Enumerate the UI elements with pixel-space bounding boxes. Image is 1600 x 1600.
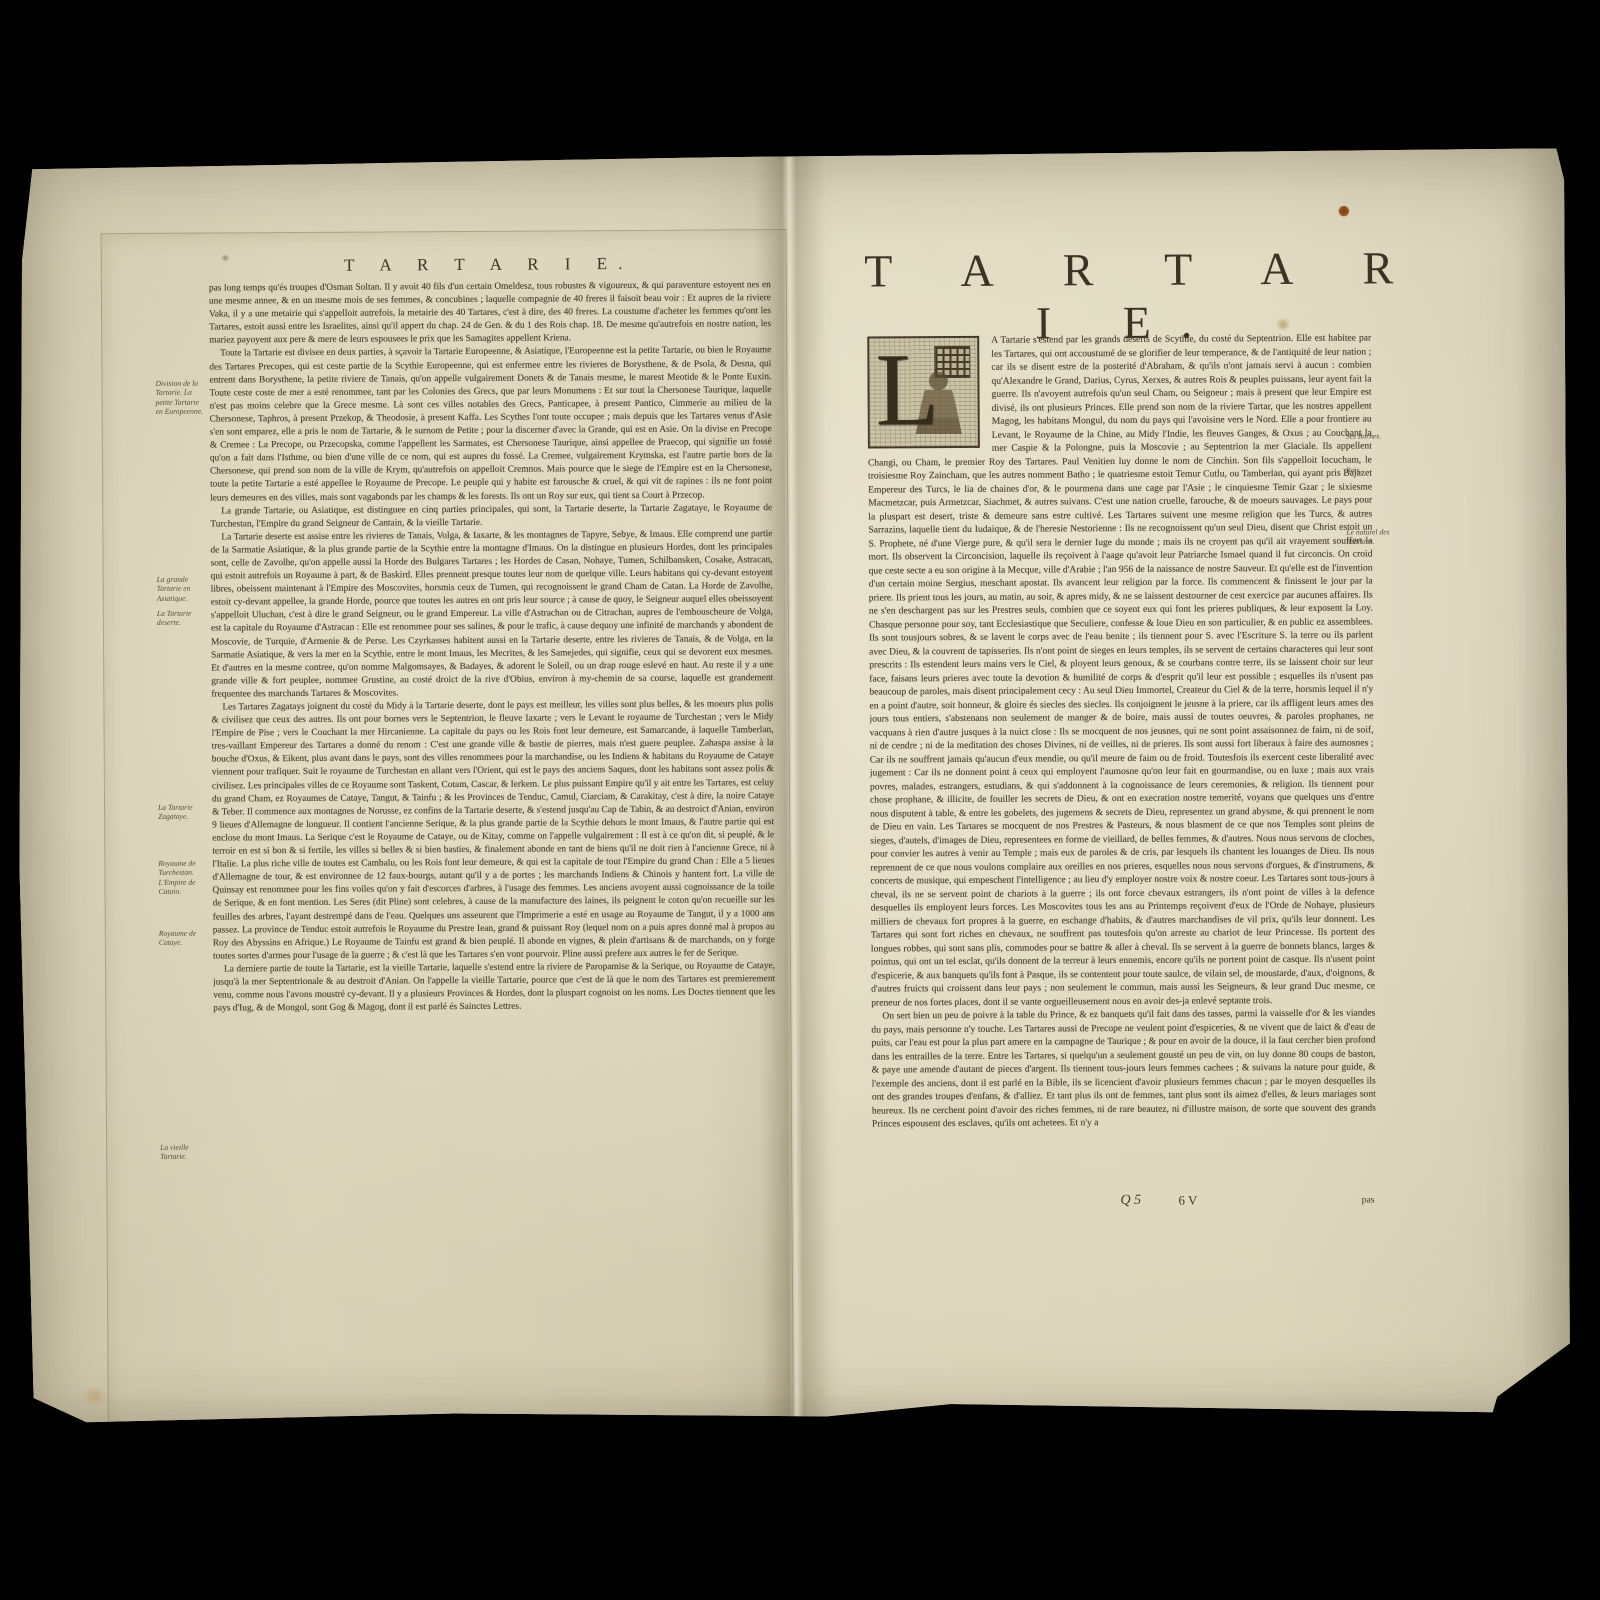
- margin-note: La Tartarie deserte.: [157, 609, 209, 628]
- signature-mark: 6 V: [1178, 1193, 1197, 1209]
- paragraph: Toute la Tartarie est divisee en deux pa…: [209, 345, 772, 506]
- paragraph: On sert bien un peu de poivre à la table…: [871, 1006, 1376, 1131]
- photo-background: T A R T A R I E. Division de la Tartarie…: [0, 0, 1600, 1600]
- woodcut-initial: L: [867, 336, 980, 449]
- signature-mark: Q 5: [1120, 1193, 1141, 1209]
- margin-note: Royaume de Turchestan. L'Empire de Catai…: [158, 859, 210, 897]
- left-page: T A R T A R I E. Division de la Tartarie…: [12, 153, 796, 1450]
- catchword: pas: [1362, 1194, 1375, 1205]
- paragraph: pas long temps qu'és troupes d'Osman Sol…: [209, 279, 771, 348]
- right-page-text-block: L A Tartarie s'estend par les grands des…: [867, 331, 1376, 1194]
- paragraph: La derniere partie de toute la Tartarie,…: [213, 960, 775, 1016]
- margin-note: Division de la Tartarie. La petite Tarta…: [155, 379, 207, 417]
- book-spread: T A R T A R I E. Division de la Tartarie…: [12, 148, 1572, 1449]
- signature-line: Q 5 6 V pas: [872, 1191, 1376, 1210]
- right-page: T A R T A R I E. Ses Bornes. Rois. Le na…: [788, 148, 1572, 1445]
- paragraph: La grande Tartarie, ou Asiatique, est di…: [210, 502, 772, 532]
- paragraph: Les Tartares Zagatays joignent du costé …: [211, 698, 775, 963]
- drop-cap-letter: L: [875, 336, 939, 447]
- left-page-text-block: pas long temps qu'és troupes d'Osman Sol…: [209, 279, 777, 1187]
- margin-note: La Tartarie Zagataye.: [158, 803, 210, 822]
- margin-note: La vieille Tartarie.: [160, 1143, 212, 1162]
- margin-note: Royaume de Cataye.: [159, 929, 211, 948]
- margin-note: La grande Tartarie en Asiatique.: [157, 575, 209, 603]
- left-page-title: T A R T A R I E.: [209, 253, 769, 276]
- paragraph: La Tartarie deserte est assise entre les…: [210, 528, 773, 702]
